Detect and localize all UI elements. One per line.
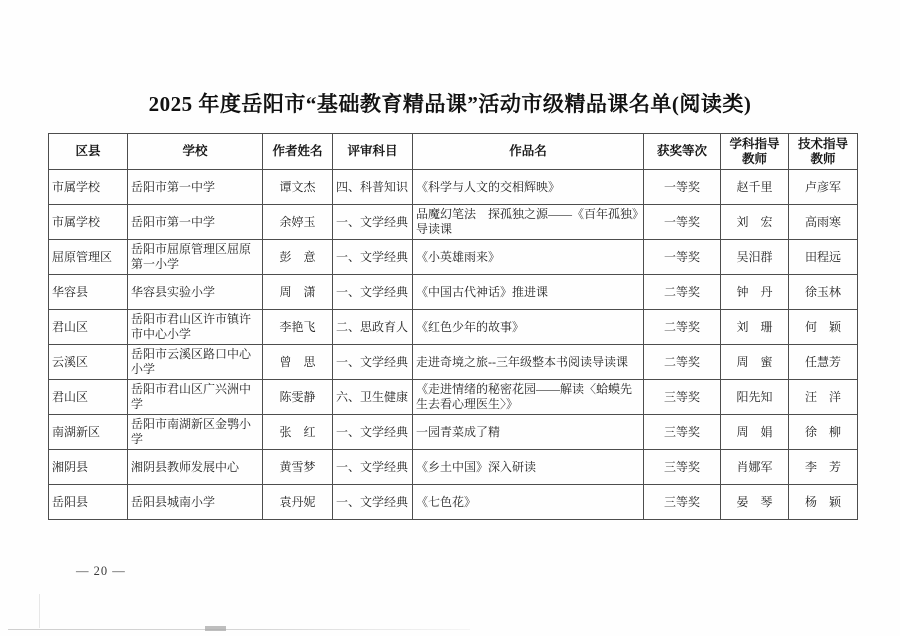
table-cell: 岳阳市君山区许市镇许市中心小学 bbox=[128, 310, 263, 345]
table-cell: 周 潇 bbox=[263, 275, 333, 310]
table-cell: 谭文杰 bbox=[263, 170, 333, 205]
table-cell: 杨 颖 bbox=[789, 485, 858, 520]
page-number: — 20 — bbox=[76, 564, 126, 579]
table-cell: 市属学校 bbox=[49, 205, 128, 240]
awards-table: 区县学校作者姓名评审科目作品名获奖等次学科指导教师技术指导教师 市属学校岳阳市第… bbox=[48, 133, 858, 520]
table-cell: 张 红 bbox=[263, 415, 333, 450]
page-title: 2025 年度岳阳市“基础教育精品课”活动市级精品课名单(阅读类) bbox=[0, 88, 900, 118]
table-cell: 一、文学经典 bbox=[333, 415, 413, 450]
table-cell: 三等奖 bbox=[644, 485, 721, 520]
table-cell: 钟 丹 bbox=[721, 275, 789, 310]
table-cell: 何 颖 bbox=[789, 310, 858, 345]
table-cell: 走进奇境之旅--三年级整本书阅读导读课 bbox=[413, 345, 644, 380]
scan-artifact-vertical-line bbox=[39, 594, 40, 628]
table-cell: 徐 柳 bbox=[789, 415, 858, 450]
table-cell: 《七色花》 bbox=[413, 485, 644, 520]
header-cell-3: 评审科目 bbox=[333, 134, 413, 170]
table-cell: 华容县实验小学 bbox=[128, 275, 263, 310]
table-cell: 三等奖 bbox=[644, 380, 721, 415]
header-cell-6: 学科指导教师 bbox=[721, 134, 789, 170]
table-cell: 一、文学经典 bbox=[333, 485, 413, 520]
table-cell: 一、文学经典 bbox=[333, 450, 413, 485]
table-header-row: 区县学校作者姓名评审科目作品名获奖等次学科指导教师技术指导教师 bbox=[49, 134, 858, 170]
table-cell: 市属学校 bbox=[49, 170, 128, 205]
table-cell: 云溪区 bbox=[49, 345, 128, 380]
table-cell: 君山区 bbox=[49, 310, 128, 345]
table-row: 市属学校岳阳市第一中学余婷玉一、文学经典品魔幻笔法 探孤独之源——《百年孤独》导… bbox=[49, 205, 858, 240]
table-cell: 肖娜军 bbox=[721, 450, 789, 485]
table-cell: 四、科普知识 bbox=[333, 170, 413, 205]
table-cell: 一等奖 bbox=[644, 240, 721, 275]
table-cell: 《中国古代神话》推进课 bbox=[413, 275, 644, 310]
table-cell: 阳先知 bbox=[721, 380, 789, 415]
table-row: 岳阳县岳阳县城南小学袁丹妮一、文学经典《七色花》三等奖晏 琴杨 颖 bbox=[49, 485, 858, 520]
table-cell: 晏 琴 bbox=[721, 485, 789, 520]
table-cell: 曾 思 bbox=[263, 345, 333, 380]
table-row: 云溪区岳阳市云溪区路口中心小学曾 思一、文学经典走进奇境之旅--三年级整本书阅读… bbox=[49, 345, 858, 380]
table-cell: 岳阳县城南小学 bbox=[128, 485, 263, 520]
table-cell: 一园青菜成了精 bbox=[413, 415, 644, 450]
table-cell: 袁丹妮 bbox=[263, 485, 333, 520]
table-cell: 李艳飞 bbox=[263, 310, 333, 345]
table-cell: 《小英雄雨来》 bbox=[413, 240, 644, 275]
table-cell: 田程远 bbox=[789, 240, 858, 275]
table-cell: 一、文学经典 bbox=[333, 205, 413, 240]
table-cell: 湘阴县教师发展中心 bbox=[128, 450, 263, 485]
table-row: 君山区岳阳市君山区广兴洲中学陈雯静六、卫生健康《走进情绪的秘密花园——解读〈蛤蟆… bbox=[49, 380, 858, 415]
table-row: 市属学校岳阳市第一中学谭文杰四、科普知识《科学与人文的交相辉映》一等奖赵千里卢彦… bbox=[49, 170, 858, 205]
table-cell: 一等奖 bbox=[644, 205, 721, 240]
table-cell: 品魔幻笔法 探孤独之源——《百年孤独》导读课 bbox=[413, 205, 644, 240]
table-cell: 汪 洋 bbox=[789, 380, 858, 415]
table-cell: 《科学与人文的交相辉映》 bbox=[413, 170, 644, 205]
table-cell: 一、文学经典 bbox=[333, 240, 413, 275]
table-cell: 屈原管理区 bbox=[49, 240, 128, 275]
table-cell: 刘 宏 bbox=[721, 205, 789, 240]
scan-artifact-mark bbox=[205, 626, 226, 631]
table-cell: 任慧芳 bbox=[789, 345, 858, 380]
table-cell: 湘阴县 bbox=[49, 450, 128, 485]
header-cell-2: 作者姓名 bbox=[263, 134, 333, 170]
table-cell: 吴汨群 bbox=[721, 240, 789, 275]
table-cell: 岳阳市云溪区路口中心小学 bbox=[128, 345, 263, 380]
table-cell: 高雨寒 bbox=[789, 205, 858, 240]
table-cell: 二等奖 bbox=[644, 310, 721, 345]
table-cell: 二等奖 bbox=[644, 275, 721, 310]
table-cell: 彭 意 bbox=[263, 240, 333, 275]
table-cell: 《走进情绪的秘密花园——解读〈蛤蟆先生去看心理医生〉》 bbox=[413, 380, 644, 415]
header-cell-7: 技术指导教师 bbox=[789, 134, 858, 170]
table-cell: 周 蜜 bbox=[721, 345, 789, 380]
table-row: 湘阴县湘阴县教师发展中心黄雪梦一、文学经典《乡土中国》深入研读三等奖肖娜军李 芳 bbox=[49, 450, 858, 485]
table-cell: 一等奖 bbox=[644, 170, 721, 205]
table-cell: 黄雪梦 bbox=[263, 450, 333, 485]
table-cell: 刘 珊 bbox=[721, 310, 789, 345]
table-cell: 卢彦军 bbox=[789, 170, 858, 205]
header-cell-0: 区县 bbox=[49, 134, 128, 170]
table-cell: 岳阳市第一中学 bbox=[128, 205, 263, 240]
header-cell-1: 学校 bbox=[128, 134, 263, 170]
table-cell: 三等奖 bbox=[644, 450, 721, 485]
table-cell: 李 芳 bbox=[789, 450, 858, 485]
table-cell: 《红色少年的故事》 bbox=[413, 310, 644, 345]
table-cell: 三等奖 bbox=[644, 415, 721, 450]
table-cell: 岳阳市第一中学 bbox=[128, 170, 263, 205]
table-cell: 岳阳县 bbox=[49, 485, 128, 520]
table-cell: 岳阳市君山区广兴洲中学 bbox=[128, 380, 263, 415]
table-cell: 一、文学经典 bbox=[333, 345, 413, 380]
table-cell: 余婷玉 bbox=[263, 205, 333, 240]
scanned-document-page: 2025 年度岳阳市“基础教育精品课”活动市级精品课名单(阅读类) 区县学校作者… bbox=[0, 0, 900, 636]
table-row: 君山区岳阳市君山区许市镇许市中心小学李艳飞二、思政育人《红色少年的故事》二等奖刘… bbox=[49, 310, 858, 345]
table-cell: 君山区 bbox=[49, 380, 128, 415]
header-cell-4: 作品名 bbox=[413, 134, 644, 170]
table-cell: 二、思政育人 bbox=[333, 310, 413, 345]
table-row: 南湖新区岳阳市南湖新区金鹗小学张 红一、文学经典一园青菜成了精三等奖周 娟徐 柳 bbox=[49, 415, 858, 450]
table-cell: 陈雯静 bbox=[263, 380, 333, 415]
table-cell: 华容县 bbox=[49, 275, 128, 310]
scan-artifact-horizontal-line bbox=[8, 629, 470, 630]
table-cell: 《乡土中国》深入研读 bbox=[413, 450, 644, 485]
table-cell: 一、文学经典 bbox=[333, 275, 413, 310]
table-cell: 二等奖 bbox=[644, 345, 721, 380]
table-cell: 六、卫生健康 bbox=[333, 380, 413, 415]
header-cell-5: 获奖等次 bbox=[644, 134, 721, 170]
table-row: 华容县华容县实验小学周 潇一、文学经典《中国古代神话》推进课二等奖钟 丹徐玉林 bbox=[49, 275, 858, 310]
table-cell: 岳阳市南湖新区金鹗小学 bbox=[128, 415, 263, 450]
table-cell: 南湖新区 bbox=[49, 415, 128, 450]
table-cell: 徐玉林 bbox=[789, 275, 858, 310]
table-cell: 岳阳市屈原管理区屈原第一小学 bbox=[128, 240, 263, 275]
table-cell: 赵千里 bbox=[721, 170, 789, 205]
table-row: 屈原管理区岳阳市屈原管理区屈原第一小学彭 意一、文学经典《小英雄雨来》一等奖吴汨… bbox=[49, 240, 858, 275]
table-cell: 周 娟 bbox=[721, 415, 789, 450]
